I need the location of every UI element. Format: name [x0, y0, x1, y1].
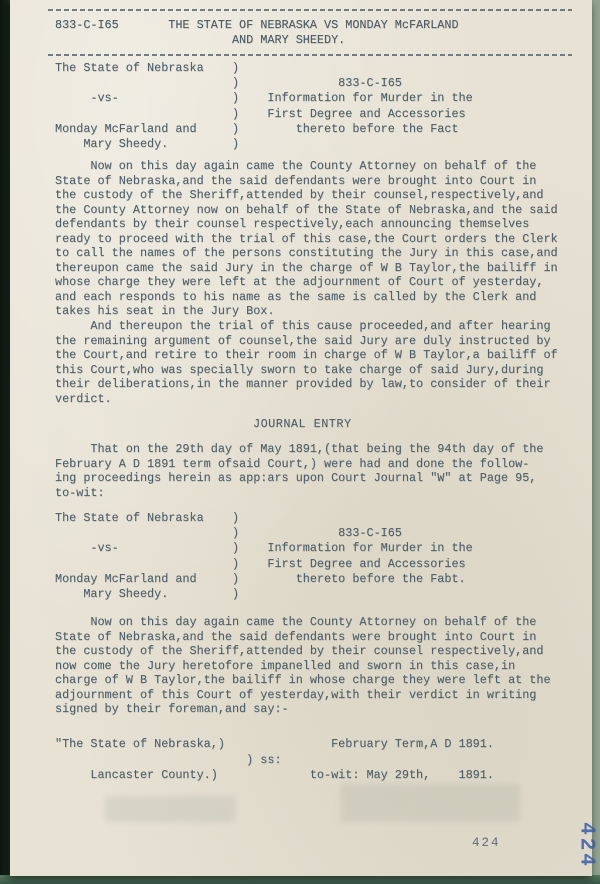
typed-page-number: 424 — [472, 836, 501, 850]
case-caption-first: The State of Nebraska ) ) 833-C-I65 -vs-… — [55, 61, 473, 152]
dashed-divider-below-header — [48, 54, 572, 56]
backing-board-edge — [0, 875, 600, 884]
dashed-divider-top — [48, 9, 572, 11]
venue-block: "The State of Nebraska,) February Term,A… — [55, 737, 494, 784]
case-caption-second: The State of Nebraska ) ) 833-C-I65 -vs-… — [55, 511, 473, 602]
body-paragraph-verdict: Now on this day again came the County At… — [55, 615, 551, 717]
body-paragraph-journal-reference: That on the 29th day of May 1891,(that b… — [55, 442, 543, 500]
ink-bleed-through-smudge — [105, 796, 235, 822]
body-paragraph-jury-retires: And thereupon the trial of this cause pr… — [55, 319, 558, 406]
ink-bleed-through-smudge — [340, 784, 520, 822]
case-header: 833-C-I65 THE STATE OF NEBRASKA VS MONDA… — [55, 18, 459, 48]
handwritten-edge-page-number: 424 — [575, 814, 598, 878]
journal-entry-heading: JOURNAL ENTRY — [253, 417, 352, 431]
document-page: 833-C-I65 THE STATE OF NEBRASKA VS MONDA… — [10, 0, 592, 876]
scanned-photo-background: 833-C-I65 THE STATE OF NEBRASKA VS MONDA… — [0, 0, 600, 884]
body-paragraph-trial: Now on this day again came the County At… — [55, 159, 558, 319]
